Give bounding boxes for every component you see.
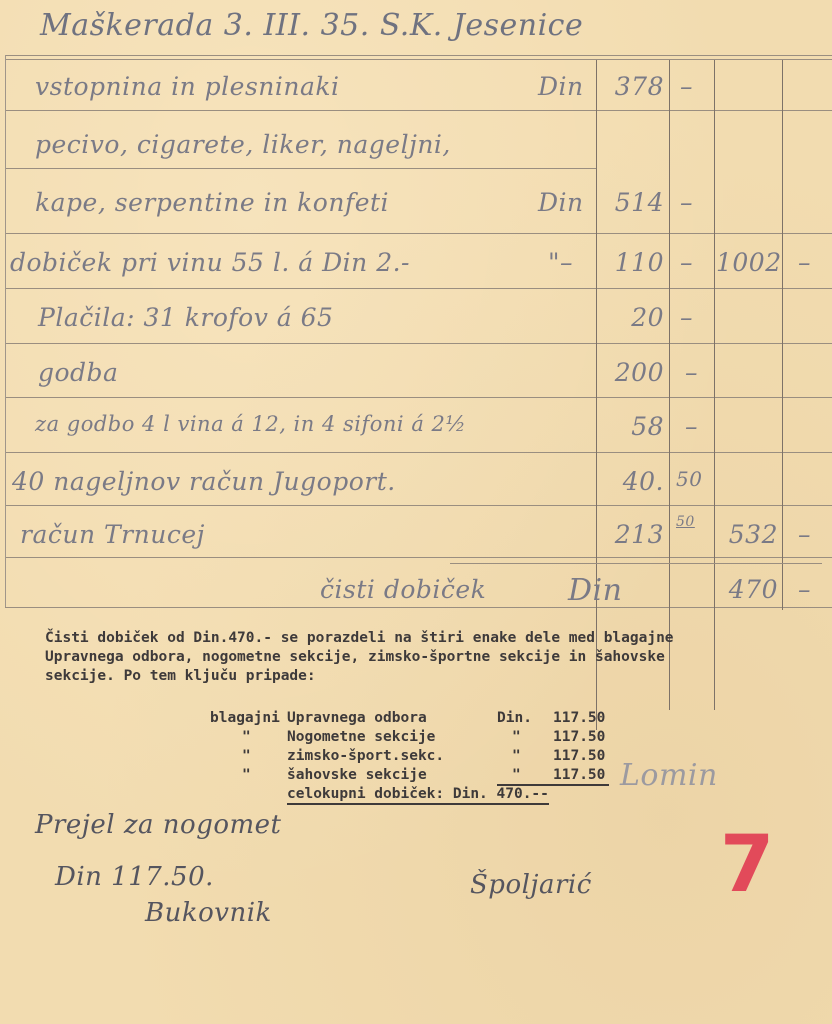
row-currency: Din (538, 72, 584, 101)
dist-prefix: " (242, 767, 251, 784)
dist-amount: 117.50 (553, 729, 605, 746)
distribution-total: celokupni dobiček: Din. 470.-- (287, 786, 549, 805)
dist-currency: " (512, 729, 521, 746)
row-amount-frac: – (680, 188, 693, 217)
row-currency: Din (538, 188, 584, 217)
row-label: račun Trnucej (20, 520, 205, 549)
dist-amount: 117.50 (553, 710, 605, 727)
row-rule (5, 288, 832, 289)
net-profit-currency: Din (568, 573, 622, 608)
row-amount-frac: – (685, 358, 698, 387)
row-rule (5, 343, 832, 344)
row-amount: 378 (600, 72, 664, 101)
dist-name: Upravnega odbora (287, 710, 427, 727)
net-profit-frac: – (798, 575, 811, 604)
left-border (5, 55, 6, 607)
row-label: godba (38, 358, 118, 387)
row-amount-frac: – (685, 412, 698, 441)
row-amount-frac: – (680, 303, 693, 332)
net-profit-value: 470 (716, 575, 778, 604)
dist-name: Nogometne sekcije (287, 729, 435, 746)
dist-amount: 117.50 (553, 748, 605, 765)
row-amount-frac: – (680, 72, 693, 101)
column-rule-total (714, 60, 715, 710)
row-amount: 110 (600, 248, 664, 277)
dist-name: zimsko-šport.sekc. (287, 748, 444, 765)
row-amount: 58 (600, 412, 664, 441)
row-label: pecivo, cigarete, liker, nageljni, (35, 130, 451, 159)
dist-currency-amount: "117.50 (497, 767, 609, 786)
row-label: vstopnina in plesninaki (35, 72, 340, 101)
paragraph-line: Upravnega odbora, nogometne sekcije, zim… (45, 649, 665, 666)
row-rule (5, 168, 596, 169)
row-label: Plačila: 31 krofov á 65 (38, 303, 333, 332)
dist-prefix: blagajni (210, 710, 280, 727)
row-amount: 200 (596, 358, 664, 387)
dist-name: šahovske sekcije (287, 767, 427, 784)
row-amount-frac: 50 (676, 514, 695, 530)
row-total-frac: – (798, 520, 811, 549)
signature-left: Bukovnik (145, 898, 272, 928)
row-label: dobiček pri vinu 55 l. á Din 2.- (10, 248, 410, 277)
column-rule-frac (669, 60, 670, 710)
received-note-line: Prejel za nogomet (35, 810, 282, 840)
red-mark: 7 (720, 820, 774, 910)
column-rule-total-frac (782, 60, 783, 610)
signature-right: Špoljarić (470, 870, 592, 900)
row-amount: 514 (600, 188, 664, 217)
row-amount-frac: – (680, 248, 693, 277)
net-profit-label: čisti dobiček (320, 575, 486, 604)
row-amount: 20 (600, 303, 664, 332)
row-total: 1002 (716, 248, 778, 277)
row-total-frac: – (798, 248, 811, 277)
row-rule (5, 557, 832, 558)
row-label: kape, serpentine in konfeti (35, 188, 389, 217)
dist-currency: " (512, 748, 521, 765)
dist-currency: " (497, 767, 521, 783)
dist-currency: Din. (497, 710, 532, 727)
row-rule (5, 110, 832, 111)
sum-rule (450, 563, 822, 564)
margin-note: Lomin (620, 758, 718, 793)
row-rule (5, 452, 832, 453)
row-rule (5, 607, 832, 608)
paragraph-line: sekcije. Po tem ključu pripade: (45, 668, 316, 685)
row-total: 532 (716, 520, 778, 549)
row-rule (5, 505, 832, 506)
row-amount-frac: 50 (676, 467, 702, 491)
received-note-line: Din 117.50. (55, 862, 214, 892)
dist-prefix: " (242, 748, 251, 765)
header-rule (5, 55, 832, 56)
row-label: za godbo 4 l vina á 12, in 4 sifoni á 2½ (35, 412, 466, 436)
row-rule (5, 397, 832, 398)
row-currency: "– (548, 248, 573, 277)
paragraph-line: Čisti dobiček od Din.470.- se porazdeli … (45, 630, 674, 647)
dist-amount: 117.50 (553, 767, 605, 784)
dist-prefix: " (242, 729, 251, 746)
row-rule (5, 233, 832, 234)
row-amount: 213 (600, 520, 664, 549)
document-title: Maškerada 3. III. 35. S.K. Jesenice (40, 8, 583, 43)
row-label: 40 nageljnov račun Jugoport. (12, 467, 396, 496)
row-amount: 40. (600, 467, 664, 496)
